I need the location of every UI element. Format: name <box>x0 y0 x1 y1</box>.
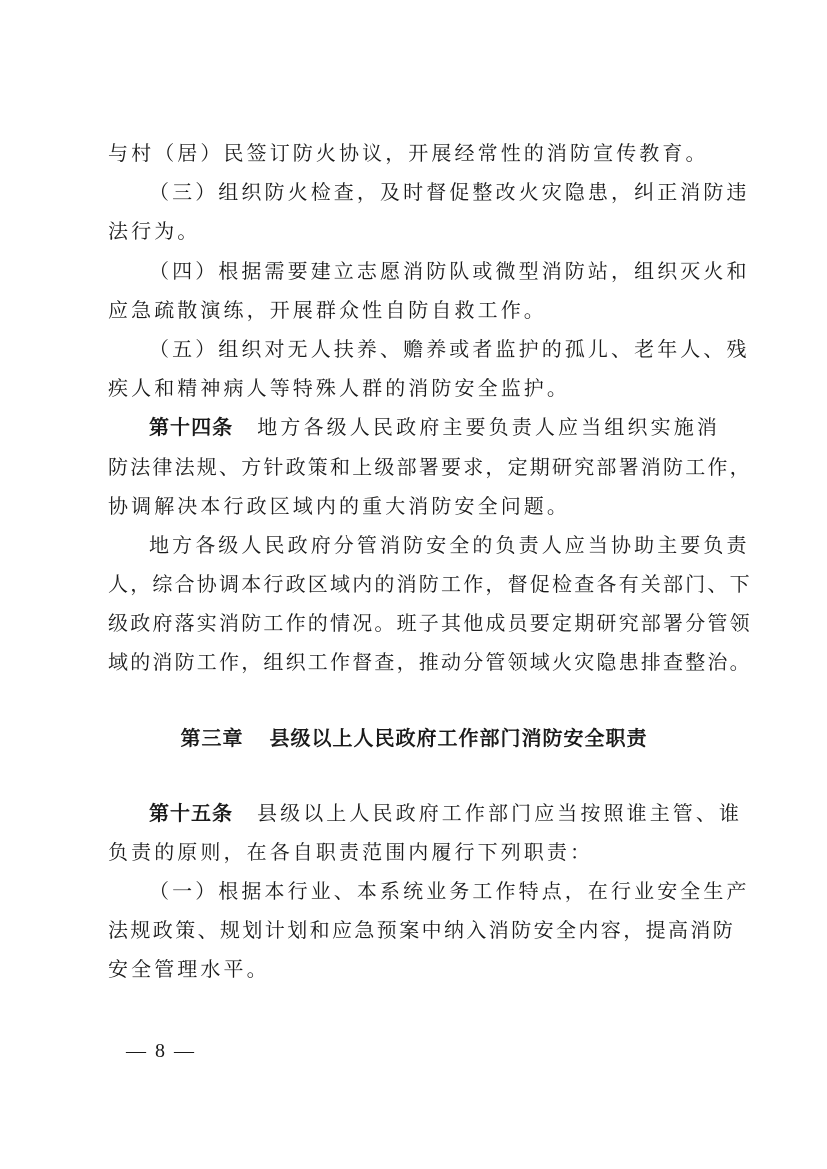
paragraph-line: 协调解决本行政区域内的重大消防安全问题。 <box>108 487 720 526</box>
paragraph-line: 域的消防工作，组织工作督查，推动分管领域火灾隐患排查整治。 <box>108 643 720 682</box>
chapter-label: 第三章 <box>181 726 244 750</box>
document-page: 与村（居）民签订防火协议，开展经常性的消防宣传教育。 （三）组织防火检查，及时督… <box>108 134 720 990</box>
paragraph-line: 地方各级人民政府分管消防安全的负责人应当协助主要负责 <box>108 526 720 565</box>
paragraph-line: 级政府落实消防工作的情况。班子其他成员要定期研究部署分管领 <box>108 604 720 643</box>
paragraph-line: 负责的原则，在各自职责范围内履行下列职责： <box>108 833 720 872</box>
article-label: 第十四条 <box>149 415 233 439</box>
paragraph-line: 应急疏散演练，开展群众性自防自救工作。 <box>108 291 720 330</box>
paragraph-line: 安全管理水平。 <box>108 950 720 989</box>
article-14-first-line: 第十四条地方各级人民政府主要负责人应当组织实施消 <box>108 408 720 447</box>
paragraph-line: 疾人和精神病人等特殊人群的消防安全监护。 <box>108 369 720 408</box>
article-text: 县级以上人民政府工作部门应当按照谁主管、谁 <box>257 801 742 825</box>
paragraph-line: 防法律法规、方针政策和上级部署要求，定期研究部署消防工作， <box>108 448 720 487</box>
paragraph-line: （四）根据需要建立志愿消防队或微型消防站，组织灭火和 <box>108 252 720 291</box>
paragraph-line: 人，综合协调本行政区域内的消防工作，督促检查各有关部门、下 <box>108 565 720 604</box>
paragraph-line: （三）组织防火检查，及时督促整改火灾隐患，纠正消防违 <box>108 173 720 212</box>
paragraph-line: （一）根据本行业、本系统业务工作特点，在行业安全生产 <box>108 872 720 911</box>
page-number: — 8 — <box>126 1040 196 1063</box>
chapter-heading: 第三章县级以上人民政府工作部门消防安全职责 <box>108 719 720 758</box>
chapter-title: 县级以上人民政府工作部门消防安全职责 <box>270 726 648 750</box>
article-label: 第十五条 <box>149 801 233 825</box>
paragraph-line: 法规政策、规划计划和应急预案中纳入消防安全内容，提高消防 <box>108 911 720 950</box>
article-text: 地方各级人民政府主要负责人应当组织实施消 <box>257 415 720 439</box>
paragraph-line: 与村（居）民签订防火协议，开展经常性的消防宣传教育。 <box>108 134 720 173</box>
article-15-first-line: 第十五条县级以上人民政府工作部门应当按照谁主管、谁 <box>108 794 720 833</box>
paragraph-line: （五）组织对无人扶养、赡养或者监护的孤儿、老年人、残 <box>108 330 720 369</box>
paragraph-line: 法行为。 <box>108 212 720 251</box>
